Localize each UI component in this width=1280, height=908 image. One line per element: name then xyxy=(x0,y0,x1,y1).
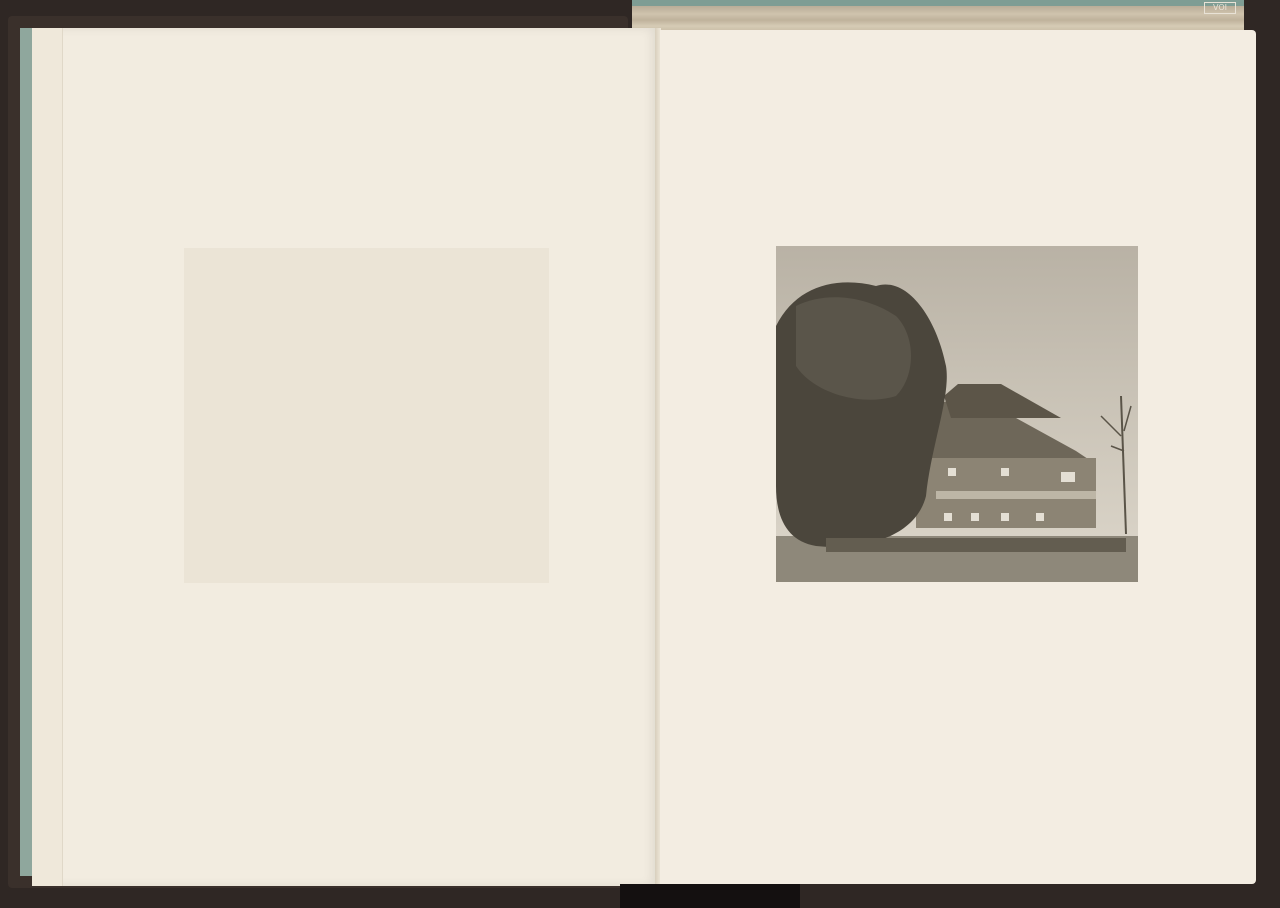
spine-label: VOI xyxy=(1204,2,1236,14)
photo-plate-farmhouse xyxy=(776,246,1138,582)
endpaper-edge xyxy=(20,28,32,876)
page-stack-top: VOI xyxy=(632,0,1244,34)
left-page-edge xyxy=(32,28,63,886)
plate-show-through xyxy=(184,248,549,583)
left-page xyxy=(32,28,658,886)
bottom-shadow xyxy=(620,884,800,908)
farmhouse-photo-icon xyxy=(776,246,1138,582)
